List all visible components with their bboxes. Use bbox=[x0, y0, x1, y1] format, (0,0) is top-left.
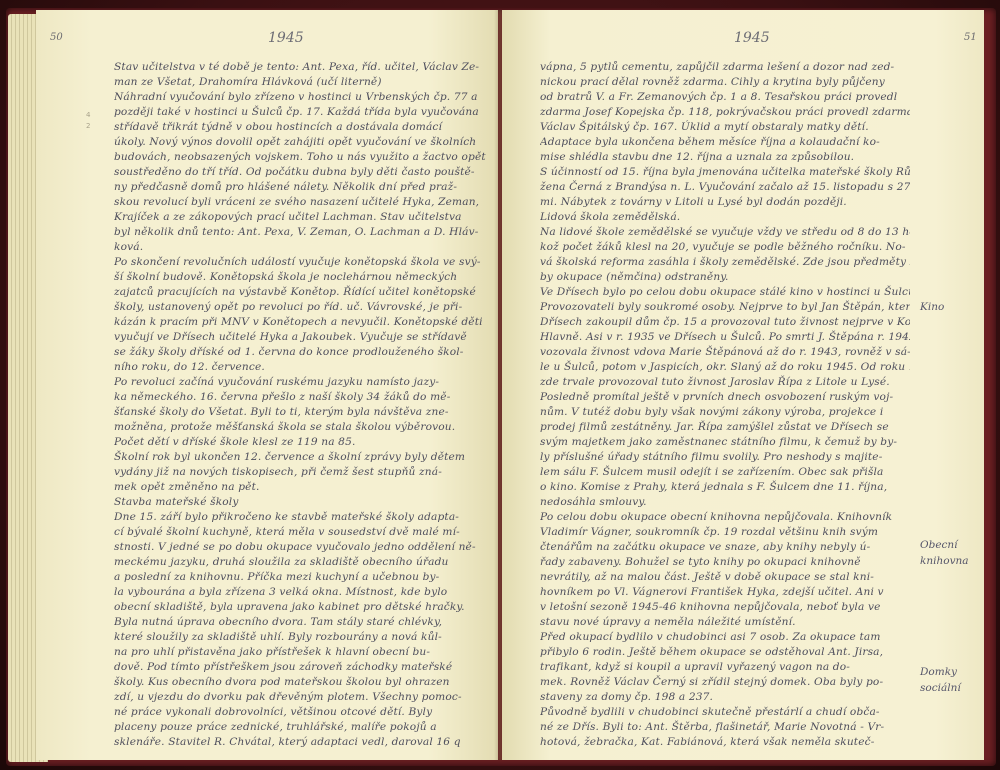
text-line: a poslední za knihovnu. Příčka mezi kuch… bbox=[114, 570, 486, 585]
text-line: ka německého. 16. června přešlo z naší š… bbox=[114, 390, 486, 405]
text-line: Lidová škola zemědělská. bbox=[540, 210, 910, 225]
right-page: 1945 51 vápna, 5 pytlů cementu, zapůjčil… bbox=[502, 10, 984, 760]
text-line: Po celou dobu okupace obecní knihovna ne… bbox=[540, 510, 910, 525]
text-line: mi. Nábytek z továrny v Litoli u Lysé by… bbox=[540, 195, 910, 210]
text-line: meckému jazyku, druhá sloužila za skladi… bbox=[114, 555, 486, 570]
text-line: mek opět změněno na pět. bbox=[114, 480, 486, 495]
text-line: ly příslušné úřady státního filmu svolil… bbox=[540, 450, 910, 465]
text-line: o kino. Komise z Prahy, která jednala s … bbox=[540, 480, 910, 495]
text-line: čtenářům na začátku okupace ve snaze, ab… bbox=[540, 540, 910, 555]
text-line: cí bývalé školní kuchyně, která měla v s… bbox=[114, 525, 486, 540]
text-line: soustředěno do tří tříd. Od počátku dubn… bbox=[114, 165, 486, 180]
text-line: trafikant, když si koupil a upravil vyřa… bbox=[540, 660, 910, 675]
text-line: ková. bbox=[114, 240, 486, 255]
text-line: zde trvale provozoval tuto živnost Jaros… bbox=[540, 375, 910, 390]
text-line: ního roku, do 12. července. bbox=[114, 360, 486, 375]
text-line: střídavě třikrát týdně v obou hostincích… bbox=[114, 120, 486, 135]
text-line: vyučují ve Dřísech učitelé Hyka a Jakoub… bbox=[114, 330, 486, 345]
page-number-left: 50 bbox=[50, 32, 63, 43]
text-line: nům. V tutéž dobu byly však novými zákon… bbox=[540, 405, 910, 420]
text-line: budovách, neobsazených vojskem. Toho u n… bbox=[114, 150, 486, 165]
text-line: možněna, protože měšťanská škola se stal… bbox=[114, 420, 486, 435]
text-line: stavu nové úpravy a neměla náležité umís… bbox=[540, 615, 910, 630]
text-line: Byla nutná úprava obecního dvora. Tam st… bbox=[114, 615, 486, 630]
margin-note: Kino bbox=[920, 299, 944, 315]
text-line: ší školní budově. Konětopská škola je no… bbox=[114, 270, 486, 285]
book-photo: 50 1945 4 2 Stav učitelstva v té době je… bbox=[0, 0, 1000, 770]
text-line: Stavba mateřské školy bbox=[114, 495, 486, 510]
text-line: Školní rok byl ukončen 12. července a šk… bbox=[114, 450, 486, 465]
text-line: Dřísech zakoupil dům čp. 15 a provozoval… bbox=[540, 315, 910, 330]
text-line: Před okupací bydlilo v chudobinci asi 7 … bbox=[540, 630, 910, 645]
page-year-left: 1945 bbox=[268, 30, 304, 46]
text-line: skou revolucí byli vráceni ze svého nasa… bbox=[114, 195, 486, 210]
text-line: Václav Špitálský čp. 167. Úklid a mytí o… bbox=[540, 120, 910, 135]
text-line: Náhradní vyučování bylo zřízeno v hostin… bbox=[114, 90, 486, 105]
text-line: placeny pouze práce zednické, truhlářské… bbox=[114, 720, 486, 735]
text-line: kázán k pracím při MNV v Konětopech a ne… bbox=[114, 315, 486, 330]
handwritten-text-left: Stav učitelstva v té době je tento: Ant.… bbox=[114, 60, 486, 750]
text-line: dově. Pod tímto přístřeškem jsou zároveň… bbox=[114, 660, 486, 675]
text-line: v letošní sezoně 1945-46 knihovna nepůjč… bbox=[540, 600, 910, 615]
text-line: byl několik dnů tento: Ant. Pexa, V. Zem… bbox=[114, 225, 486, 240]
text-line: vá školská reforma zasáhla i školy zeměd… bbox=[540, 255, 910, 270]
text-line: Po revoluci začíná vyučování ruskému jaz… bbox=[114, 375, 486, 390]
text-line: šťanské školy do Všetat. Byli to ti, kte… bbox=[114, 405, 486, 420]
text-line: S účinností od 15. října byla jmenována … bbox=[540, 165, 910, 180]
text-line: né ze Dřís. Byli to: Ant. Štěrba, flašin… bbox=[540, 720, 910, 735]
text-line: Počet dětí v dříské škole klesl ze 119 n… bbox=[114, 435, 486, 450]
text-line: od bratrů V. a Fr. Zemanových čp. 1 a 8.… bbox=[540, 90, 910, 105]
text-line: hovníkem po Vl. Vágnerovi František Hyka… bbox=[540, 585, 910, 600]
text-line: mek. Rovněž Václav Černý si zřídil stejn… bbox=[540, 675, 910, 690]
margin-note: Obecní knihovna bbox=[920, 537, 969, 569]
text-line: lem sálu F. Šulcem musil odejít i se zař… bbox=[540, 465, 910, 480]
text-line: le u Šulců, potom v Jaspicích, okr. Slan… bbox=[540, 360, 910, 375]
text-line: mise shlédla stavbu dne 12. října a uzna… bbox=[540, 150, 910, 165]
handwritten-text-right: vápna, 5 pytlů cementu, zapůjčil zdarma … bbox=[540, 60, 910, 750]
text-line: se žáky školy dříské od 1. června do kon… bbox=[114, 345, 486, 360]
text-line: staveny za domy čp. 198 a 237. bbox=[540, 690, 910, 705]
text-line: Ve Dřísech bylo po celou dobu okupace st… bbox=[540, 285, 910, 300]
text-line: Stav učitelstva v té době je tento: Ant.… bbox=[114, 60, 486, 75]
text-line: které sloužily za skladiště uhlí. Byly r… bbox=[114, 630, 486, 645]
text-line: stnosti. V jedné se po dobu okupace vyuč… bbox=[114, 540, 486, 555]
text-line: hotová, žebračka, Kat. Fabiánová, která … bbox=[540, 735, 910, 750]
text-line: úkoly. Nový výnos dovolil opět zahájiti … bbox=[114, 135, 486, 150]
text-line: zdí, u vjezdu do dvorku pak dřevěným plo… bbox=[114, 690, 486, 705]
text-line: kož počet žáků klesl na 20, vyučuje se p… bbox=[540, 240, 910, 255]
text-line: řady zabaveny. Bohužel se tyto knihy po … bbox=[540, 555, 910, 570]
text-line: man ze Všetat, Drahomíra Hlávková (učí l… bbox=[114, 75, 486, 90]
text-line: né práce vykonali dobrovolníci, většinou… bbox=[114, 705, 486, 720]
text-line: zdarma Josef Kopejska čp. 118, pokrývačs… bbox=[540, 105, 910, 120]
text-line: obecní skladiště, byla upravena jako kab… bbox=[114, 600, 486, 615]
margin-marks: 4 2 bbox=[86, 110, 90, 132]
text-line: Na lidové škole zemědělské se vyučuje vž… bbox=[540, 225, 910, 240]
text-line: svým majetkem jako zaměstnanec státního … bbox=[540, 435, 910, 450]
text-line: zajatců pracujících na výstavbě Konětop.… bbox=[114, 285, 486, 300]
margin-note: Domky sociální bbox=[920, 664, 961, 696]
text-line: prodej filmů zestátněny. Jar. Řípa zamýš… bbox=[540, 420, 910, 435]
text-line: Po skončení revolučních událostí vyučuje… bbox=[114, 255, 486, 270]
text-line: vápna, 5 pytlů cementu, zapůjčil zdarma … bbox=[540, 60, 910, 75]
text-line: Provozovateli byly soukromé osoby. Nejpr… bbox=[540, 300, 910, 315]
text-line: žena Černá z Brandýsa n. L. Vyučování za… bbox=[540, 180, 910, 195]
text-line: Adaptace byla ukončena během měsíce říjn… bbox=[540, 135, 910, 150]
text-line: ny předčasně domů pro hlášené nálety. Ně… bbox=[114, 180, 486, 195]
text-line: na pro uhlí přistavěna jako přístřešek k… bbox=[114, 645, 486, 660]
left-page: 50 1945 4 2 Stav učitelstva v té době je… bbox=[36, 10, 498, 760]
text-line: vydány již na nových tiskopisech, při če… bbox=[114, 465, 486, 480]
text-line: Krajíček a ze zákopových prací učitel La… bbox=[114, 210, 486, 225]
text-line: Dne 15. září bylo přikročeno ke stavbě m… bbox=[114, 510, 486, 525]
text-line: přibylo 6 rodin. Ještě během okupace se … bbox=[540, 645, 910, 660]
text-line: Původně bydlili v chudobinci skutečně př… bbox=[540, 705, 910, 720]
text-line: později také v hostinci u Šulců čp. 17. … bbox=[114, 105, 486, 120]
text-line: Hlavně. Asi v r. 1935 ve Dřísech u Šulců… bbox=[540, 330, 910, 345]
text-line: by okupace (němčina) odstraněny. bbox=[540, 270, 910, 285]
text-line: vozovala živnost vdova Marie Štěpánová a… bbox=[540, 345, 910, 360]
text-line: nevrátily, až na malou část. Ještě v dob… bbox=[540, 570, 910, 585]
text-line: nedosáhla smlouvy. bbox=[540, 495, 910, 510]
text-line: školy. Kus obecního dvora pod mateřskou … bbox=[114, 675, 486, 690]
text-line: sklenáře. Stavitel R. Chvátal, který ada… bbox=[114, 735, 486, 750]
text-line: nickou prací dělal rovněž zdarma. Cihly … bbox=[540, 75, 910, 90]
text-line: Posledně promítal ještě v prvních dnech … bbox=[540, 390, 910, 405]
text-line: Vladimír Vágner, soukromník čp. 19 rozda… bbox=[540, 525, 910, 540]
page-number-right: 51 bbox=[964, 32, 977, 43]
text-line: la vybourána a byla zřízena 3 velká okna… bbox=[114, 585, 486, 600]
text-line: školy, ustanovený opět po revoluci po ří… bbox=[114, 300, 486, 315]
page-year-right: 1945 bbox=[734, 30, 770, 46]
